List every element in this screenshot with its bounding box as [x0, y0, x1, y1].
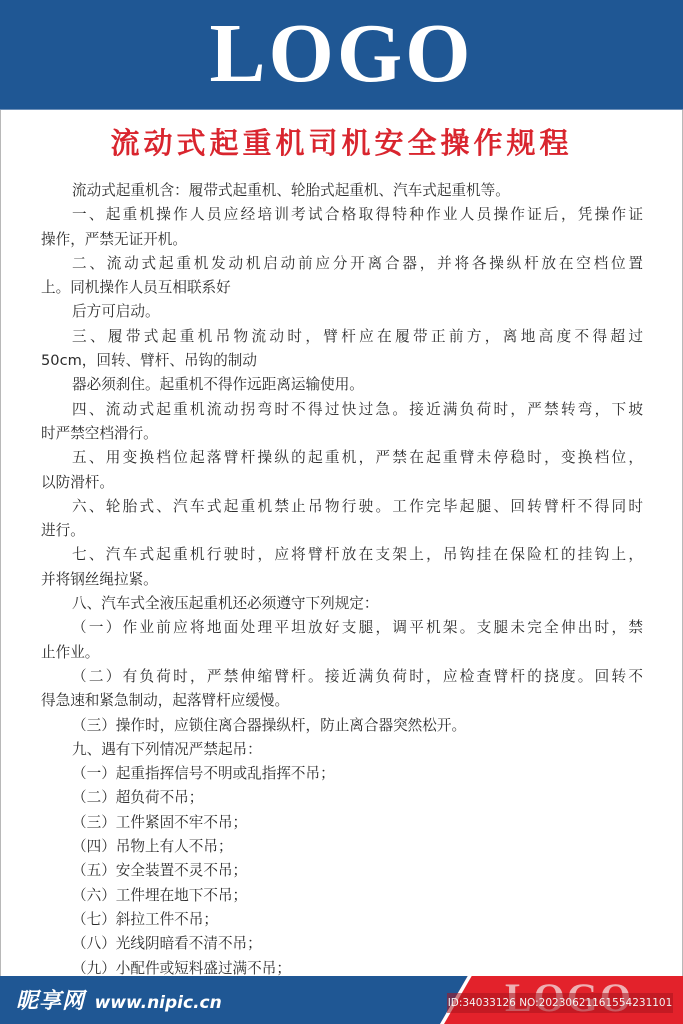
header-logo: LOGO [0, 6, 683, 102]
rule-9-item-2: （二）超负荷不吊； [41, 786, 643, 810]
rule-7-line-2: 并将钢丝绳拉紧。 [41, 568, 643, 592]
header-band: LOGO [0, 0, 683, 110]
rule-1-line-2: 操作，严禁无证开机。 [41, 228, 643, 252]
rule-9-heading: 九、遇有下列情况严禁起吊： [41, 738, 643, 762]
rule-9-item-6: （六）工件埋在地下不吊； [41, 884, 643, 908]
rule-9-item-5: （五）安全装置不灵不吊； [41, 859, 643, 883]
regulation-body: 流动式起重机含：履带式起重机、轮胎式起重机、汽车式起重机等。 一、起重机操作人员… [41, 179, 643, 1005]
rule-5-line-2: 以防滑杆。 [41, 471, 643, 495]
page-title: 流动式起重机司机安全操作规程 [0, 124, 683, 162]
rule-8-1-line-1: （一）作业前应将地面处理平坦放好支腿，调平机架。支腿未完全伸出时，禁 [41, 616, 643, 640]
watermark-site: 昵享网 www.nipic.cn [16, 984, 222, 1015]
rule-9-item-3: （三）工件紧固不牢不吊； [41, 811, 643, 835]
rule-6-line-2: 进行。 [41, 519, 643, 543]
rule-8-heading: 八、汽车式全液压起重机还必须遵守下列规定： [41, 592, 643, 616]
watermark-brand: 昵享网 [16, 989, 85, 1014]
rule-8-1-line-2: 止作业。 [41, 641, 643, 665]
rule-3-line-1: 三、履带式起重机吊物流动时，臂杆应在履带正前方，离地高度不得超过 [41, 325, 643, 349]
intro-line: 流动式起重机含：履带式起重机、轮胎式起重机、汽车式起重机等。 [41, 179, 643, 203]
rule-4-line-2: 时严禁空档滑行。 [41, 422, 643, 446]
rule-2-line-3: 后方可启动。 [41, 300, 643, 324]
rule-3-line-3: 器必须刹住。起重机不得作远距离运输使用。 [41, 373, 643, 397]
rule-8-2-line-2: 得急速和紧急制动，起落臂杆应缓慢。 [41, 689, 643, 713]
rule-8-3: （三）操作时，应锁住离合器操纵杆，防止离合器突然松开。 [41, 714, 643, 738]
rule-9-item-7: （七）斜拉工件不吊； [41, 908, 643, 932]
rule-9-item-4: （四）吊物上有人不吊； [41, 835, 643, 859]
rule-9-item-1: （一）起重指挥信号不明或乱指挥不吊； [41, 762, 643, 786]
rule-7-line-1: 七、汽车式起重机行驶时，应将臂杆放在支架上，吊钩挂在保险杠的挂钩上， [41, 543, 643, 567]
rule-9-item-8: （八）光线阴暗看不清不吊； [41, 932, 643, 956]
footer-band: 昵享网 www.nipic.cn LOGO ID:34033126 NO:202… [0, 976, 683, 1024]
watermark-url: www.nipic.cn [95, 993, 222, 1013]
rule-2-line-2: 上。同机操作人员互相联系好 [41, 276, 643, 300]
rule-3-line-2: 50cm，回转、臂杆、吊钩的制动 [41, 349, 643, 373]
rule-1-line-1: 一、起重机操作人员应经培训考试合格取得特种作业人员操作证后，凭操作证 [41, 203, 643, 227]
image-id-label: ID:34033126 NO:20230621161554231101 [447, 993, 673, 1013]
rule-2-line-1: 二、流动式起重机发动机启动前应分开离合器，并将各操纵杆放在空档位置 [41, 252, 643, 276]
rule-6-line-1: 六、轮胎式、汽车式起重机禁止吊物行驶。工作完毕起腿、回转臂杆不得同时 [41, 495, 643, 519]
rule-5-line-1: 五、用变换档位起落臂杆操纵的起重机，严禁在起重臂未停稳时，变换档位， [41, 446, 643, 470]
rule-4-line-1: 四、流动式起重机流动拐弯时不得过快过急。接近满负荷时，严禁转弯，下坡 [41, 398, 643, 422]
rule-8-2-line-1: （二）有负荷时，严禁伸缩臂杆。接近满负荷时，应检查臂杆的挠度。回转不 [41, 665, 643, 689]
